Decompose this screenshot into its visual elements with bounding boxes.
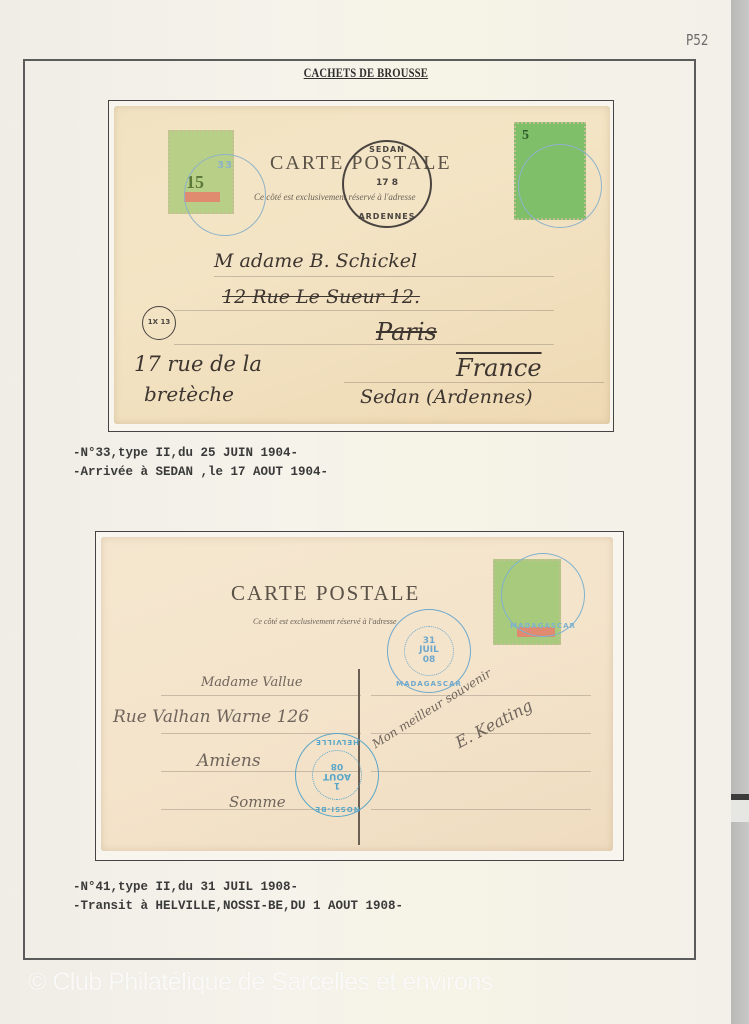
address-line: Madame Vallue (201, 675, 303, 690)
address-rule (174, 344, 554, 345)
carte-postale-header: CARTE POSTALE (231, 581, 420, 606)
cancel-madagascar-right (518, 144, 602, 228)
address-line: Somme (229, 793, 286, 811)
caption-1-line-2: -Arrivée à SEDAN ,le 17 AOUT 1904- (73, 463, 328, 482)
caption-2-line-2: -Transit à HELVILLE,NOSSI-BE,DU 1 AOUT 1… (73, 897, 403, 916)
message-rule (371, 809, 591, 810)
address-line: Amiens (197, 751, 261, 771)
cancel-helville-nossi-be: 1AOUT08 NOSSI-BE HELVILLE (295, 733, 379, 817)
album-page: P52 CACHETS DE BROUSSE 15 33 CARTE POSTA… (0, 0, 731, 1024)
address-line-struck: Paris (376, 318, 437, 346)
address-line: M adame B. Schickel (214, 250, 417, 272)
small-circle-mark: 1X 13 (142, 306, 176, 340)
address-rule (344, 382, 604, 383)
address-line: France (456, 354, 542, 382)
address-rule (174, 310, 554, 311)
page-number: P52 (686, 31, 709, 49)
page-edge (731, 0, 749, 1024)
cancel-31-juil-08: 31JUIL08 MADAGASCAR (387, 609, 471, 693)
cancel-sedan: SEDAN 17 8 ARDENNES (342, 140, 432, 228)
message-signature: E. Keating (452, 696, 536, 752)
page-title: CACHETS DE BROUSSE (0, 65, 731, 81)
address-line: Rue Valhan Warne 126 (113, 707, 309, 727)
address-line: Sedan (Ardennes) (360, 386, 533, 408)
cancel-madagascar-stamp: MADAGASCAR (501, 553, 585, 637)
message-rule (371, 771, 591, 772)
address-line-struck: 12 Rue Le Sueur 12. (222, 286, 420, 308)
message-rule (371, 695, 591, 696)
postcard-1: 15 33 CARTE POSTALE Ce côté est exclusiv… (114, 106, 610, 424)
carte-postale-subheader: Ce côté est exclusivement réservé à l'ad… (253, 617, 397, 626)
postcard-2: CARTE POSTALE Ce côté est exclusivement … (101, 537, 613, 851)
forwarding-note: bretèche (144, 382, 234, 406)
forwarding-note: 17 rue de la (134, 352, 262, 376)
address-rule (214, 276, 554, 277)
copyright-watermark: © Club Philatélique de Sarcelles et envi… (28, 968, 493, 997)
stamp-value: 5 (522, 128, 529, 144)
caption-1-line-1: -N°33,type II,du 25 JUIN 1904- (73, 444, 298, 463)
address-rule (161, 695, 361, 696)
caption-2-line-1: -N°41,type II,du 31 JUIL 1908- (73, 878, 298, 897)
